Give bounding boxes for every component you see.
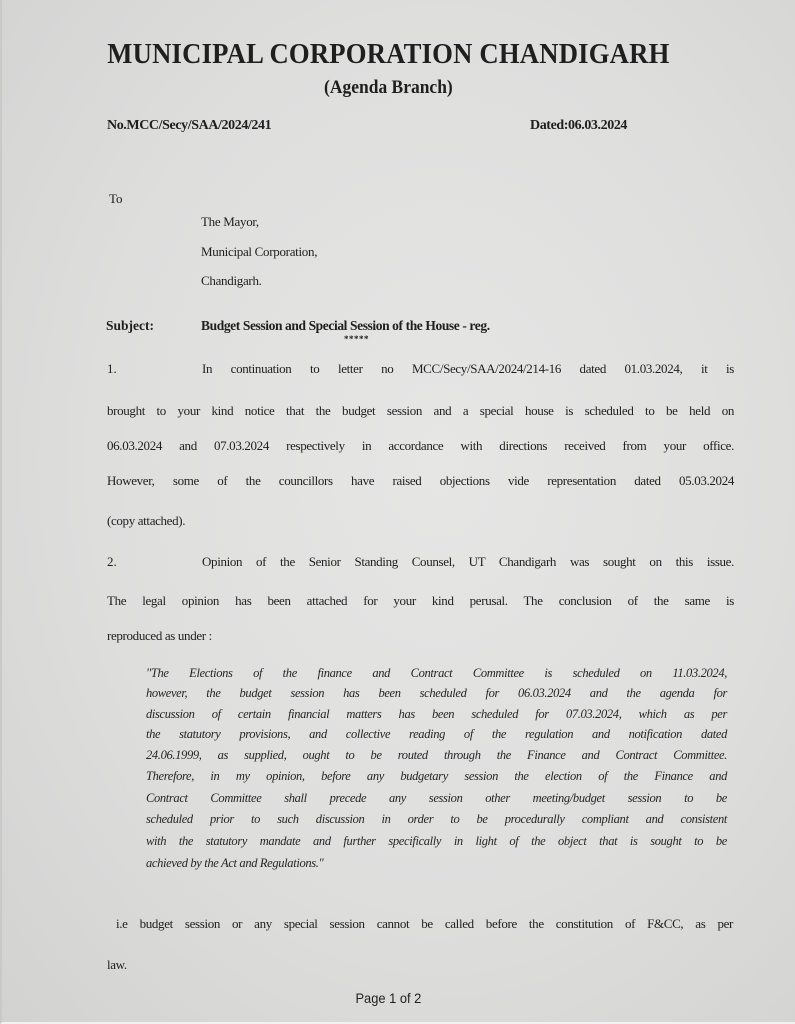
paragraph-line: The legal opinion has been attached for … xyxy=(107,593,734,609)
recipient-line: Municipal Corporation, xyxy=(201,244,317,260)
paragraph-line: Opinion of the Senior Standing Counsel, … xyxy=(202,554,734,570)
letter-date: Dated:06.03.2024 xyxy=(530,118,627,134)
page-number: Page 1 of 2 xyxy=(2,990,775,1006)
conclusion-line: i.e budget session or any special sessio… xyxy=(116,916,733,932)
quote-line: Contract Committee shall precede any ses… xyxy=(146,791,727,806)
to-label: To xyxy=(109,191,123,207)
paragraph-number: 1. xyxy=(107,361,117,377)
quote-line: with the statutory mandate and further s… xyxy=(146,834,727,849)
paragraph-number: 2. xyxy=(107,554,117,570)
quote-line: scheduled prior to such discussion in or… xyxy=(146,812,727,827)
quote-line: the statutory provisions, and collective… xyxy=(146,727,727,742)
paragraph-line: In continuation to letter no MCC/Secy/SA… xyxy=(202,361,734,377)
letter-page: MUNICIPAL CORPORATION CHANDIGARH (Agenda… xyxy=(0,0,795,1024)
subject-text: Budget Session and Special Session of th… xyxy=(201,318,490,334)
quote-line: however, the budget session has been sch… xyxy=(146,686,727,701)
paragraph-line: However, some of the councillors have ra… xyxy=(107,473,734,489)
reference-number: No.MCC/Secy/SAA/2024/241 xyxy=(107,118,271,134)
paragraph-line: reproduced as under : xyxy=(107,628,734,644)
paragraph-line: 06.03.2024 and 07.03.2024 respectively i… xyxy=(107,438,734,454)
quote-line: discussion of certain financial matters … xyxy=(146,707,727,722)
subject-label: Subject: xyxy=(106,318,154,334)
quote-line: "The Elections of the finance and Contra… xyxy=(146,666,727,681)
paragraph-line: brought to your kind notice that the bud… xyxy=(107,403,734,419)
subject-separator: ***** xyxy=(344,334,369,344)
branch-subtitle: (Agenda Branch) xyxy=(2,77,775,99)
organization-title: MUNICIPAL CORPORATION CHANDIGARH xyxy=(2,38,775,71)
paragraph-line: (copy attached). xyxy=(107,513,734,529)
recipient-line: Chandigarh. xyxy=(201,273,262,289)
quote-line: 24.06.1999, as supplied, ought to be rou… xyxy=(146,748,727,763)
conclusion-line: law. xyxy=(107,957,734,973)
quote-line: achieved by the Act and Regulations." xyxy=(146,856,727,871)
recipient-line: The Mayor, xyxy=(201,214,259,230)
quote-line: Therefore, in my opinion, before any bud… xyxy=(146,769,727,784)
